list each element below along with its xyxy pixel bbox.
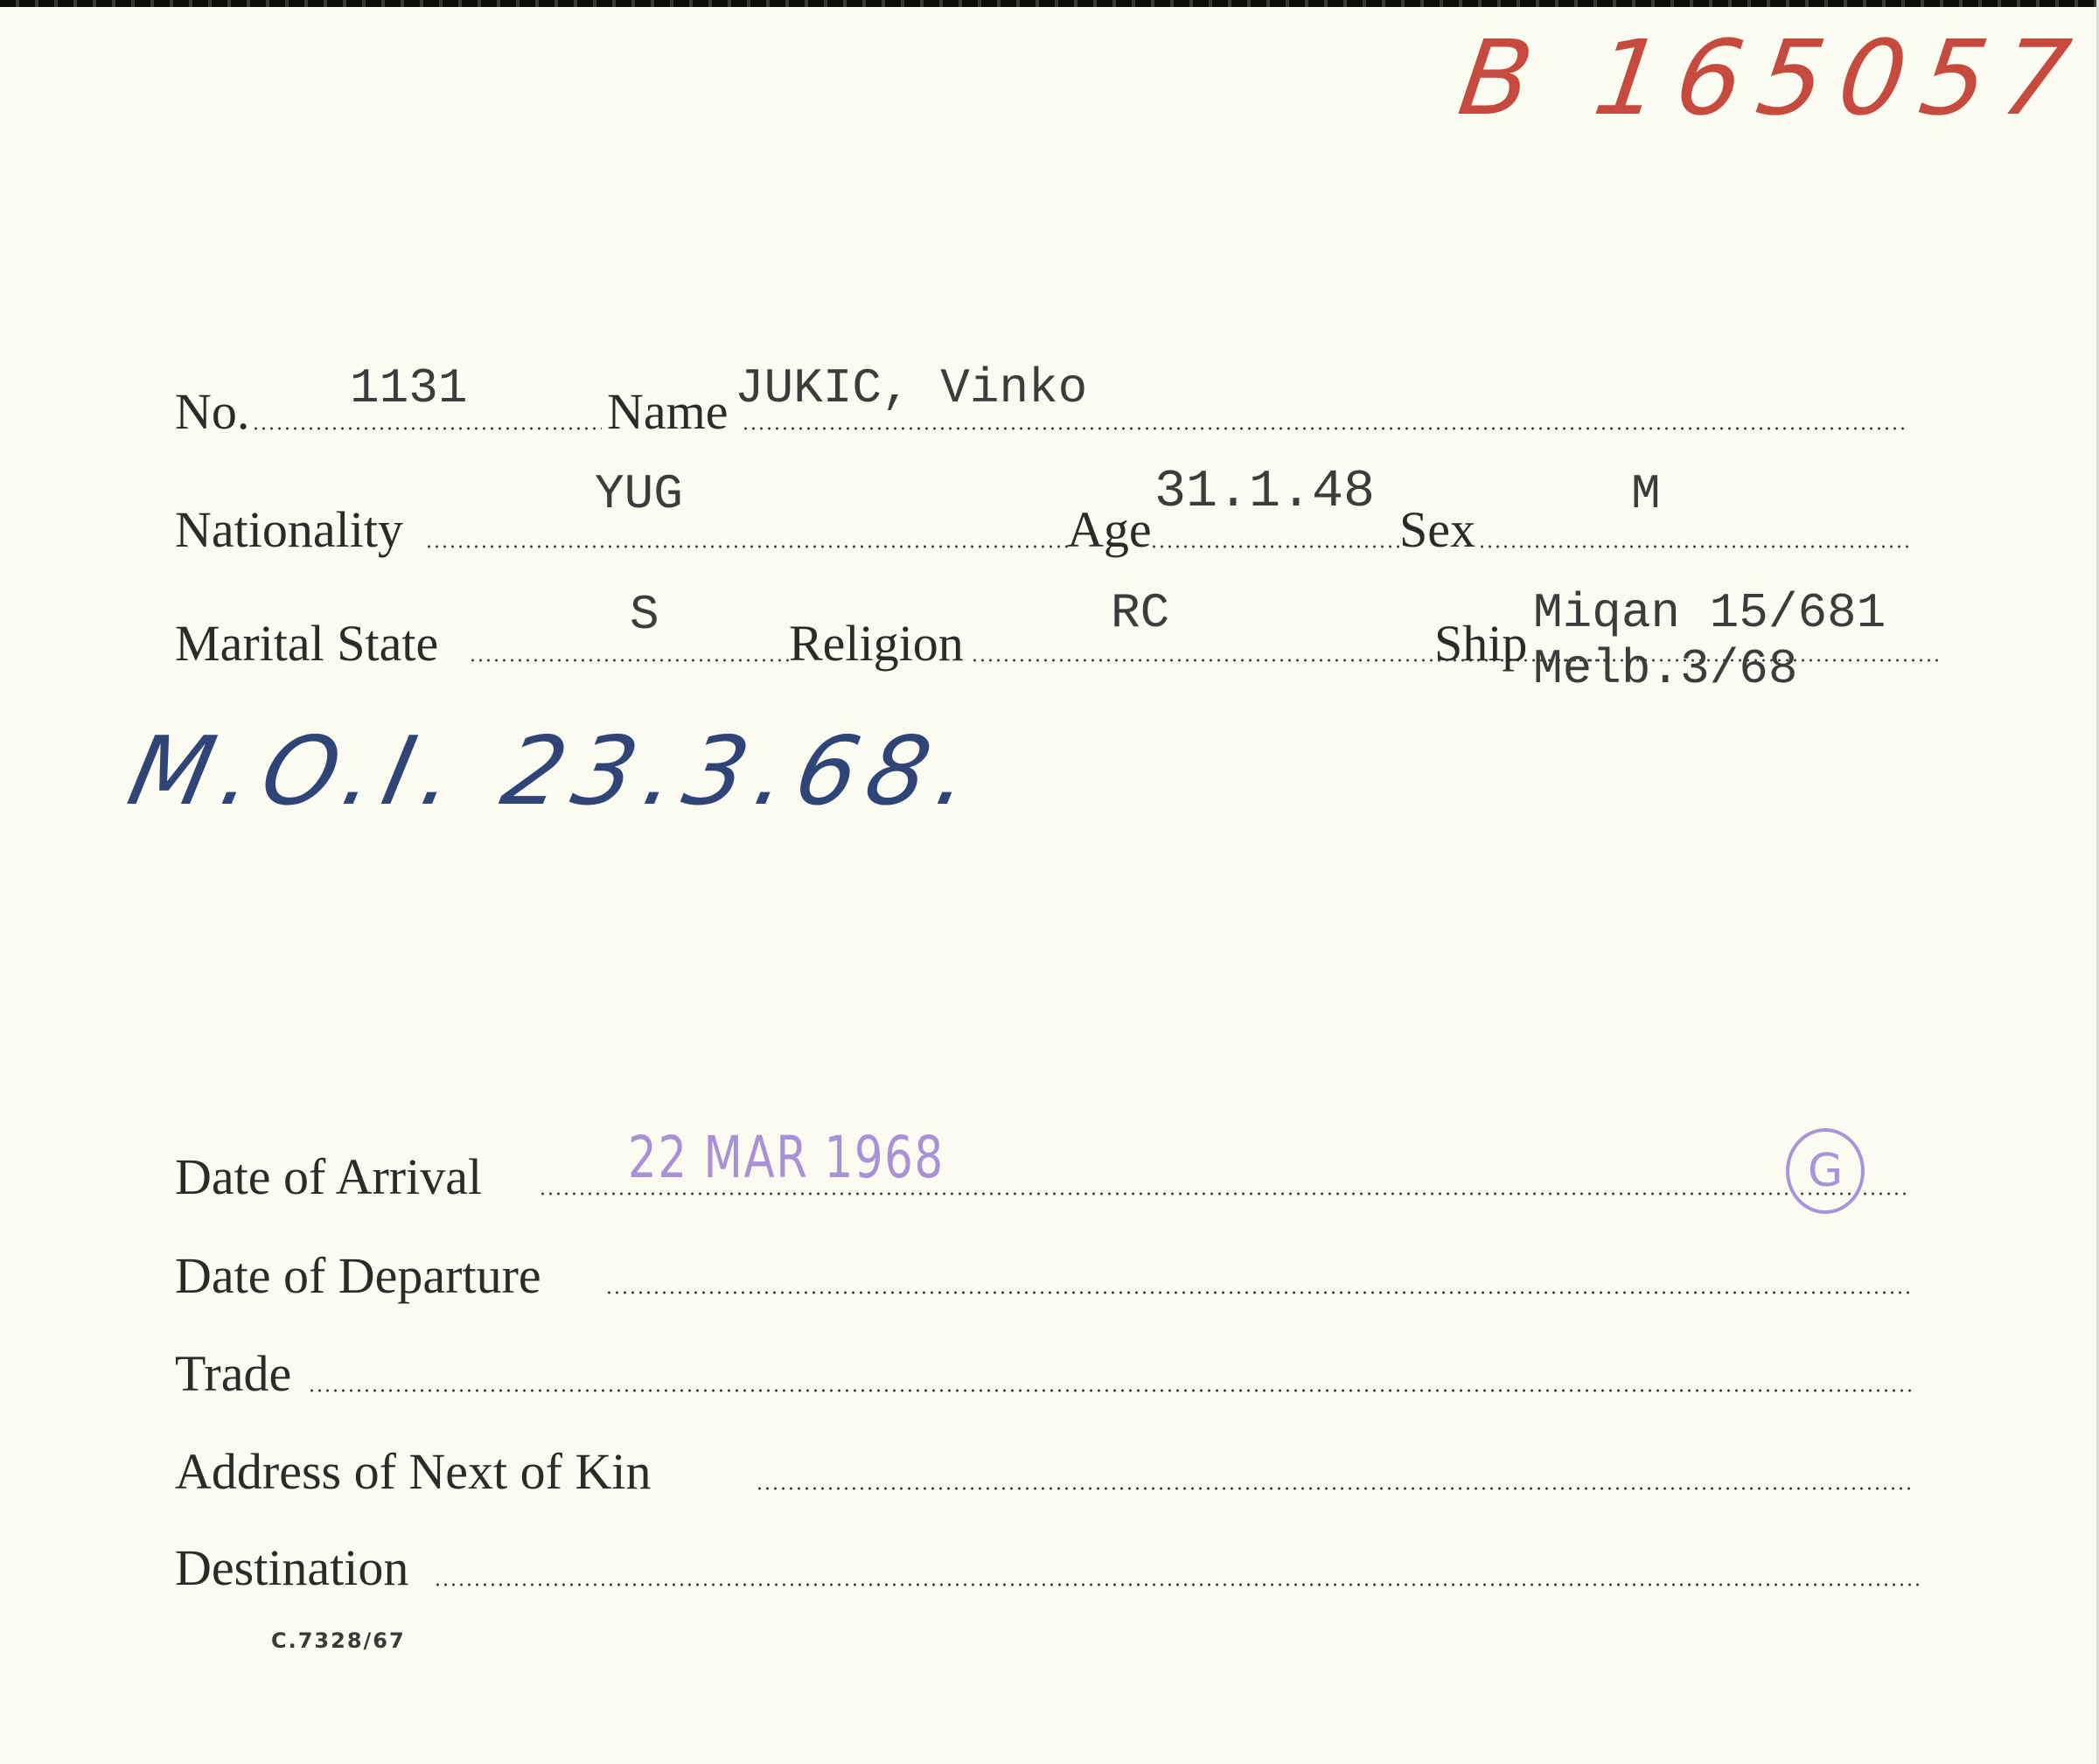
circle-stamp-letter: G	[1808, 1145, 1843, 1197]
row-trade: Trade	[175, 1329, 1911, 1399]
age-value: 31.1.48	[1154, 466, 1375, 519]
date-of-arrival-dotted-line	[539, 1192, 1911, 1196]
form-code: C.7328/67	[271, 1628, 406, 1653]
row-nationality-age-sex: Nationality YUG Age 31.1.48 Sex M	[175, 485, 1911, 555]
row-marital-religion-ship: Marital State S Religion RC Ship Miqan 1…	[175, 599, 1942, 669]
ship-value-line2: Melb.3/68	[1533, 645, 1797, 694]
name-label: Name	[607, 387, 729, 437]
handwritten-moi-note: M.O.I. 23.3.68.	[120, 717, 991, 826]
sex-dotted-line	[1478, 545, 1911, 548]
sex-value: M	[1631, 470, 1661, 519]
no-label: No.	[175, 387, 249, 437]
ship-value-line1: Miqan 15/681	[1533, 589, 1886, 638]
row-destination: Destination	[175, 1523, 1920, 1593]
row-date-of-departure: Date of Departure	[175, 1231, 1911, 1301]
nationality-dotted-line	[425, 545, 1068, 548]
trade-label: Trade	[175, 1349, 291, 1399]
name-value: JUKIC, Vinko	[735, 364, 1087, 413]
no-value: 1131	[350, 364, 467, 413]
no-dotted-line	[252, 427, 602, 430]
sex-label: Sex	[1399, 505, 1475, 555]
religion-label: Religion	[789, 618, 964, 669]
marital-state-label: Marital State	[175, 618, 438, 669]
ship-label: Ship	[1434, 618, 1527, 669]
address-next-of-kin-dotted-line	[756, 1487, 1915, 1490]
row-address-next-of-kin: Address of Next of Kin	[175, 1427, 1915, 1497]
date-of-departure-dotted-line	[605, 1291, 1911, 1294]
reference-number: B 165057	[1452, 17, 2092, 138]
marital-state-dotted-line	[469, 659, 791, 662]
destination-label: Destination	[175, 1543, 408, 1593]
row-no-name: No. 1131 Name JUKIC, Vinko	[175, 367, 1907, 437]
nationality-value: YUG	[595, 470, 683, 519]
date-of-arrival-label: Date of Arrival	[175, 1152, 482, 1203]
marital-state-value: S	[630, 590, 659, 639]
date-of-departure-label: Date of Departure	[175, 1251, 541, 1301]
trade-dotted-line	[308, 1389, 1911, 1392]
address-next-of-kin-label: Address of Next of Kin	[175, 1447, 651, 1497]
destination-dotted-line	[434, 1583, 1920, 1586]
card-top-edge	[0, 0, 2099, 7]
circled-g-stamp-icon: G	[1786, 1128, 1865, 1214]
name-dotted-line	[742, 427, 1907, 430]
arrival-date-stamp: 22 MAR 1968	[628, 1124, 945, 1191]
age-dotted-line	[1150, 545, 1399, 548]
religion-value: RC	[1111, 589, 1169, 638]
nationality-label: Nationality	[175, 505, 403, 555]
row-date-of-arrival: Date of Arrival	[175, 1133, 1911, 1203]
age-label: Age	[1067, 505, 1152, 555]
